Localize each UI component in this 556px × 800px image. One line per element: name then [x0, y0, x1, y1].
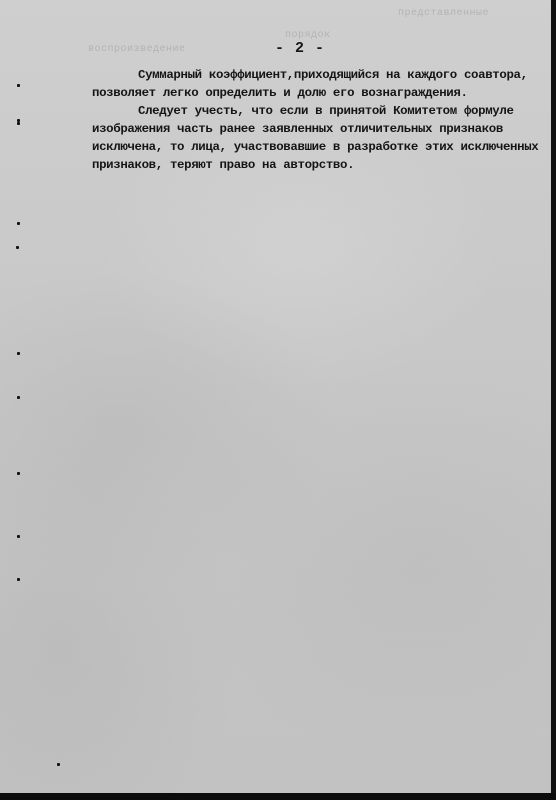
- body-text: Суммарный коэффициент,приходящийся на ка…: [92, 66, 556, 174]
- show-through-text: представленные: [398, 8, 489, 19]
- scan-border-right: [551, 0, 556, 800]
- page-number: - 2 -: [0, 40, 556, 57]
- scan-border-bottom: [0, 793, 556, 800]
- paragraph-2-line-2: изображения часть ранее заявленных отлич…: [92, 120, 556, 138]
- punch-mark: [17, 535, 20, 538]
- punch-mark: [17, 122, 20, 125]
- punch-mark: [17, 396, 20, 399]
- paragraph-2-line-3: исключена, то лица, участвовавшие в разр…: [92, 138, 556, 156]
- punch-mark: [57, 763, 60, 766]
- punch-mark: [17, 578, 20, 581]
- paragraph-2-line-1: Следует учесть, что если в принятой Коми…: [92, 102, 556, 120]
- punch-mark: [17, 472, 20, 475]
- paragraph-2-line-4: признаков, теряют право на авторство.: [92, 156, 556, 174]
- punch-mark: [16, 246, 19, 249]
- paragraph-1-line-2: позволяет легко определить и долю его во…: [92, 84, 556, 102]
- punch-mark: [17, 222, 20, 225]
- punch-mark: [17, 352, 20, 355]
- punch-mark: [17, 84, 20, 87]
- scanned-page: представленные воспроизведение порядок -…: [0, 0, 552, 793]
- paragraph-1-line-1: Суммарный коэффициент,приходящийся на ка…: [92, 66, 556, 84]
